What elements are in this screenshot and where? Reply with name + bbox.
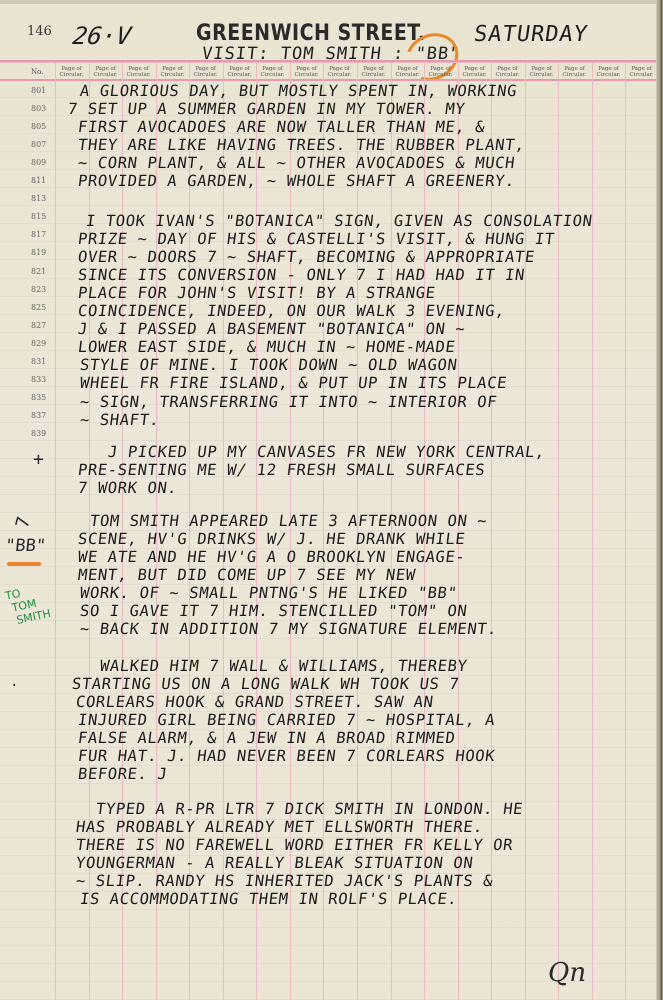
handwritten-line: PLACE FOR JOHN'S VISIT! BY A STRANGE [77, 284, 437, 302]
row-number: 823 [31, 285, 46, 294]
handwritten-line: BEFORE. J [77, 765, 169, 783]
handwritten-line: SINCE ITS CONVERSION - ONLY 7 I HAD HAD … [77, 266, 526, 284]
handwritten-line: COINCIDENCE, INDEED, ON OUR WALK 3 EVENI… [77, 302, 506, 320]
column-rule [525, 62, 526, 1000]
handwritten-line: PRIZE ~ DAY OF HIS & CASTELLI'S VISIT, &… [77, 230, 556, 248]
handwritten-line: ~ CORN PLANT, & ALL ~ OTHER AVOCADOES & … [77, 154, 516, 172]
handwritten-line: LOWER EAST SIDE, & MUCH IN ~ HOME-MADE [77, 338, 457, 356]
column-header-page-of-circular: Page of Circular. [189, 66, 222, 78]
handwritten-line: INJURED GIRL BEING CARRIED 7 ~ HOSPITAL,… [77, 711, 496, 729]
row-number: 825 [31, 303, 46, 312]
row-number: 821 [31, 267, 46, 276]
row-number: 833 [31, 375, 46, 384]
handwritten-line: MENT, BUT DID COME UP 7 SEE MY NEW [77, 566, 417, 584]
row-number: 801 [31, 86, 46, 95]
column-rule [491, 62, 492, 1000]
no-column-header: No. [31, 68, 43, 76]
handwritten-line: ~ SIGN, TRANSFERRING IT INTO ~ INTERIOR … [79, 393, 498, 411]
column-rule [625, 62, 626, 1000]
handwritten-line: FALSE ALARM, & A JEW IN A BROAD RIMMED [77, 729, 457, 747]
handwritten-line: STYLE OF MINE. I TOOK DOWN ~ OLD WAGON [79, 356, 459, 374]
column-header-page-of-circular: Page of Circular. [391, 66, 424, 78]
green-margin-note: TO TOM SMITH [4, 582, 52, 629]
bb-margin-label: "BB" [4, 536, 47, 556]
handwritten-line: PRE-SENTING ME W/ 12 FRESH SMALL SURFACE… [77, 461, 486, 479]
handwritten-line: THERE IS NO FAREWELL WORD EITHER FR KELL… [75, 836, 514, 854]
page-top-edge [0, 0, 663, 4]
handwritten-line: YOUNGERMAN - A REALLY BLEAK SITUATION ON [75, 854, 474, 872]
handwritten-line: ~ BACK IN ADDITION 7 MY SIGNATURE ELEMEN… [79, 620, 498, 638]
plus-mark: + [33, 449, 44, 470]
signature-mark: Qn [548, 958, 586, 988]
row-number: 839 [31, 429, 46, 438]
handwritten-line: I TOOK IVAN'S "BOTANICA" SIGN, GIVEN AS … [85, 212, 594, 230]
column-rule [558, 62, 559, 1000]
column-rule [592, 62, 593, 1000]
dot-mark: · [10, 678, 18, 694]
column-header-page-of-circular: Page of Circular. [256, 66, 289, 78]
handwritten-line: J PICKED UP MY CANVASES FR NEW YORK CENT… [107, 443, 546, 461]
column-header-page-of-circular: Page of Circular. [223, 66, 256, 78]
row-number: 827 [31, 321, 46, 330]
handwritten-line: 7 SET UP A SUMMER GARDEN IN MY TOWER. MY [67, 100, 466, 118]
handwritten-line: WORK. OF ~ SMALL PNTNG'S HE LIKED "BB" [79, 584, 459, 602]
column-header-page-of-circular: Page of Circular. [290, 66, 323, 78]
column-header-page-of-circular: Page of Circular. [156, 66, 189, 78]
ledger-page: 146 26·V GREENWICH STREET. SATURDAY VISI… [0, 0, 663, 1000]
handwritten-line: FUR HAT. J. HAD NEVER BEEN 7 CORLEARS HO… [77, 747, 496, 765]
arrow-mark: 7 [12, 515, 35, 531]
handwritten-line: HAS PROBABLY ALREADY MET ELLSWORTH THERE… [75, 818, 484, 836]
orange-underline [7, 562, 41, 566]
entry-date: 26·V [71, 22, 133, 50]
column-header-page-of-circular: Page of Circular. [525, 66, 558, 78]
column-header-page-of-circular: Page of Circular. [424, 66, 457, 78]
handwritten-line: SCENE, HV'G DRINKS W/ J. HE DRANK WHILE [77, 530, 467, 548]
handwritten-line: TOM SMITH APPEARED LATE 3 AFTERNOON ON ~ [89, 512, 488, 530]
handwritten-line: ~ SLIP. RANDY HS INHERITED JACK'S PLANTS… [75, 872, 494, 890]
handwritten-line: A GLORIOUS DAY, BUT MOSTLY SPENT IN, WOR… [79, 82, 518, 100]
column-header-page-of-circular: Page of Circular. [491, 66, 524, 78]
row-number: 831 [31, 357, 46, 366]
handwritten-line: J & I PASSED A BASEMENT "BOTANICA" ON ~ [77, 320, 467, 338]
column-header-page-of-circular: Page of Circular. [89, 66, 122, 78]
row-number: 819 [31, 248, 46, 257]
handwritten-line: 7 WORK ON. [77, 479, 179, 497]
handwritten-line: THEY ARE LIKE HAVING TREES. THE RUBBER P… [77, 136, 526, 154]
page-number: 146 [27, 24, 52, 39]
row-number: 811 [31, 176, 46, 185]
column-header-page-of-circular: Page of Circular. [458, 66, 491, 78]
handwritten-line: STARTING US ON A LONG WALK WH TOOK US 7 [71, 675, 461, 693]
row-number: 835 [31, 393, 46, 402]
column-header-page-of-circular: Page of Circular. [592, 66, 625, 78]
row-number: 837 [31, 411, 46, 420]
column-header-page-of-circular: Page of Circular. [558, 66, 591, 78]
handwritten-line: FIRST AVOCADOES ARE NOW TALLER THAN ME, … [77, 118, 486, 136]
handwritten-line: PROVIDED A GARDEN, ~ WHOLE SHAFT A GREEN… [77, 172, 516, 190]
row-number: 805 [31, 122, 46, 131]
row-number: 815 [31, 212, 46, 221]
row-number: 803 [31, 104, 46, 113]
column-header-page-of-circular: Page of Circular. [55, 66, 88, 78]
handwritten-line: CORLEARS HOOK & GRAND STREET. SAW AN [75, 693, 435, 711]
handwritten-line: WHEEL FR FIRE ISLAND, & PUT UP IN ITS PL… [79, 374, 508, 392]
row-number: 829 [31, 339, 46, 348]
weekday: SATURDAY [472, 22, 589, 47]
handwritten-line: WALKED HIM 7 WALL & WILLIAMS, THEREBY [99, 657, 469, 675]
handwritten-line: WE ATE AND HE HV'G A O BROOKLYN ENGAGE- [77, 548, 467, 566]
handwritten-line: ~ SHAFT. [79, 411, 161, 429]
no-column-rule [55, 62, 56, 1000]
page-binding-edge [656, 0, 663, 1000]
row-number: 817 [31, 230, 46, 239]
handwritten-line: IS ACCOMMODATING THEM IN ROLF'S PLACE. [79, 890, 459, 908]
handwritten-line: OVER ~ DOORS 7 ~ SHAFT, BECOMING & APPRO… [77, 248, 536, 266]
column-header-page-of-circular: Page of Circular. [122, 66, 155, 78]
column-header-page-of-circular: Page of Circular. [625, 66, 658, 78]
column-header-page-of-circular: Page of Circular. [357, 66, 390, 78]
row-number: 809 [31, 158, 46, 167]
handwritten-line: TYPED A R-PR LTR 7 DICK SMITH IN LONDON.… [95, 800, 524, 818]
handwritten-line: SO I GAVE IT 7 HIM. STENCILLED "TOM" ON [79, 602, 469, 620]
row-number: 807 [31, 140, 46, 149]
page-title: GREENWICH STREET. [196, 20, 426, 45]
row-number: 813 [31, 194, 46, 203]
column-header-page-of-circular: Page of Circular. [323, 66, 356, 78]
